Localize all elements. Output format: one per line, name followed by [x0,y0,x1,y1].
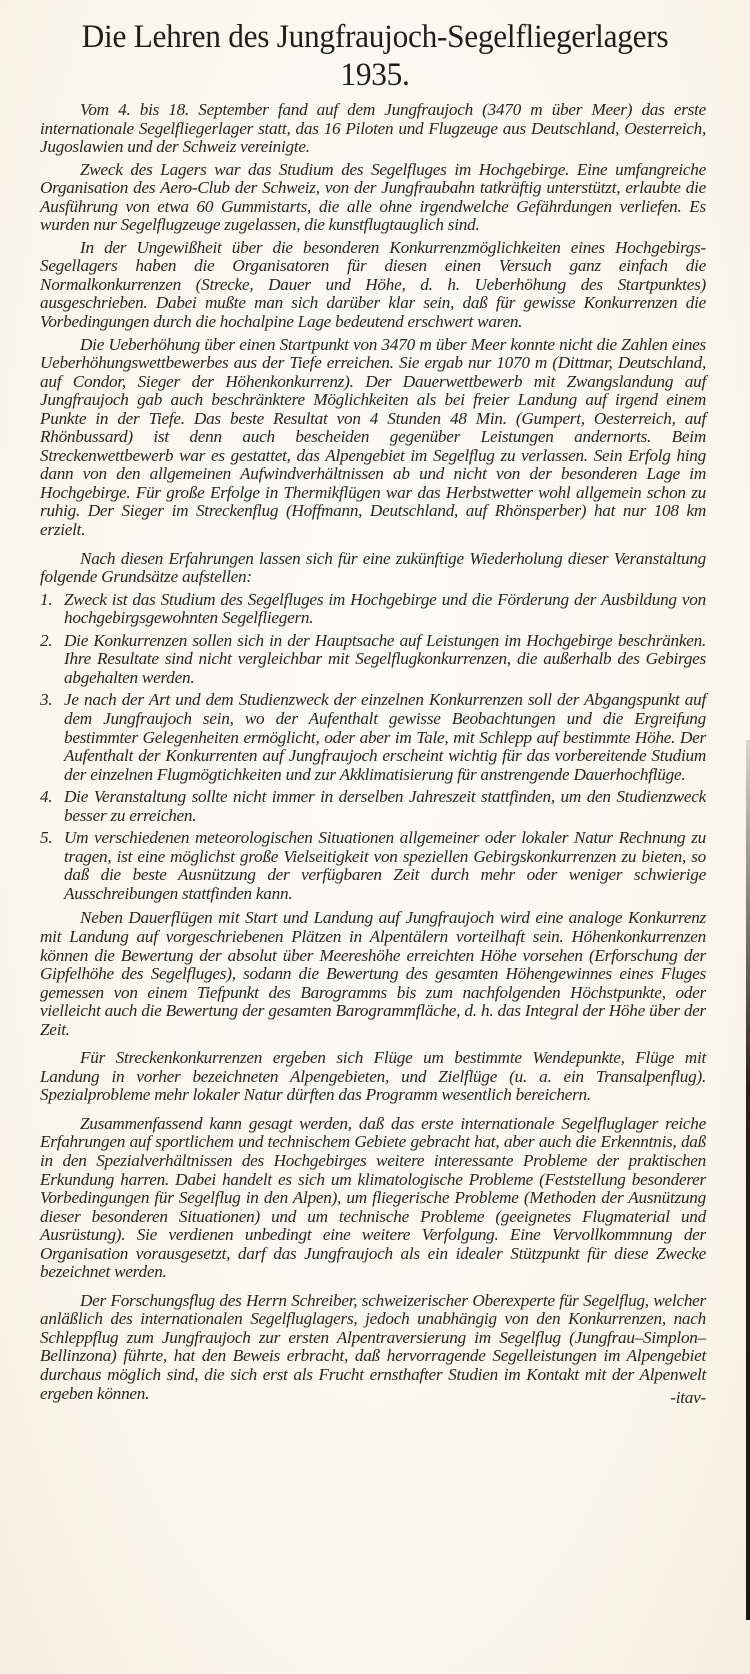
paragraph-principles-lead: Nach diesen Erfahrungen lassen sich für … [40,550,706,587]
paragraph-endurance-altitude: Neben Dauerflügen mit Start und Landung … [40,909,706,1039]
principle-text: Je nach der Art und dem Studienzweck der… [64,690,706,783]
principles-list: 1. Zweck ist das Studium des Segelfluges… [40,591,706,904]
principle-number: 3. [40,691,52,710]
article-title: Die Lehren des Jungfraujoch-Segelflieger… [19,18,732,94]
principle-text: Die Veranstaltung sollte nicht immer in … [64,787,706,825]
paragraph-distance: Für Streckenkonkurrenzen ergeben sich Fl… [40,1049,706,1105]
principle-number: 4. [40,788,52,807]
principle-number: 1. [40,591,52,610]
paragraph-results: Die Ueberhöhung über einen Startpunkt vo… [40,336,706,540]
paragraph-summary: Zusammenfassend kann gesagt werden, daß … [40,1115,706,1282]
paragraph-intro: Vom 4. bis 18. September fand auf dem Ju… [40,101,706,157]
principle-number: 5. [40,829,52,848]
title-line-1: Die Lehren des Jungfraujoch-Segelflieger… [19,18,732,56]
principle-item: 1. Zweck ist das Studium des Segelfluges… [40,591,706,628]
principle-item: 5. Um verschiedenen meteorologischen Sit… [40,829,706,903]
article-body: Vom 4. bis 18. September fand auf dem Ju… [40,101,706,1408]
paragraph-research-flight: Der Forschungsflug des Herrn Schreiber, … [40,1292,706,1403]
principle-item: 4. Die Veranstaltung sollte nicht immer … [40,788,706,825]
page-edge-shadow [746,740,750,1620]
paragraph-purpose: Zweck des Lagers war das Studium des Seg… [40,161,706,235]
principle-text: Um verschiedenen meteorologischen Situat… [64,828,706,903]
title-line-2: 1935. [19,56,732,94]
principle-item: 2. Die Konkurrenzen sollen sich in der H… [40,632,706,688]
principle-number: 2. [40,632,52,651]
principle-text: Zweck ist das Studium des Segelfluges im… [64,590,706,628]
principle-item: 3. Je nach der Art und dem Studienzweck … [40,691,706,784]
principle-text: Die Konkurrenzen sollen sich in der Haup… [64,631,706,687]
paragraph-uncertainty: In der Ungewißheit über die besonderen K… [40,239,706,332]
